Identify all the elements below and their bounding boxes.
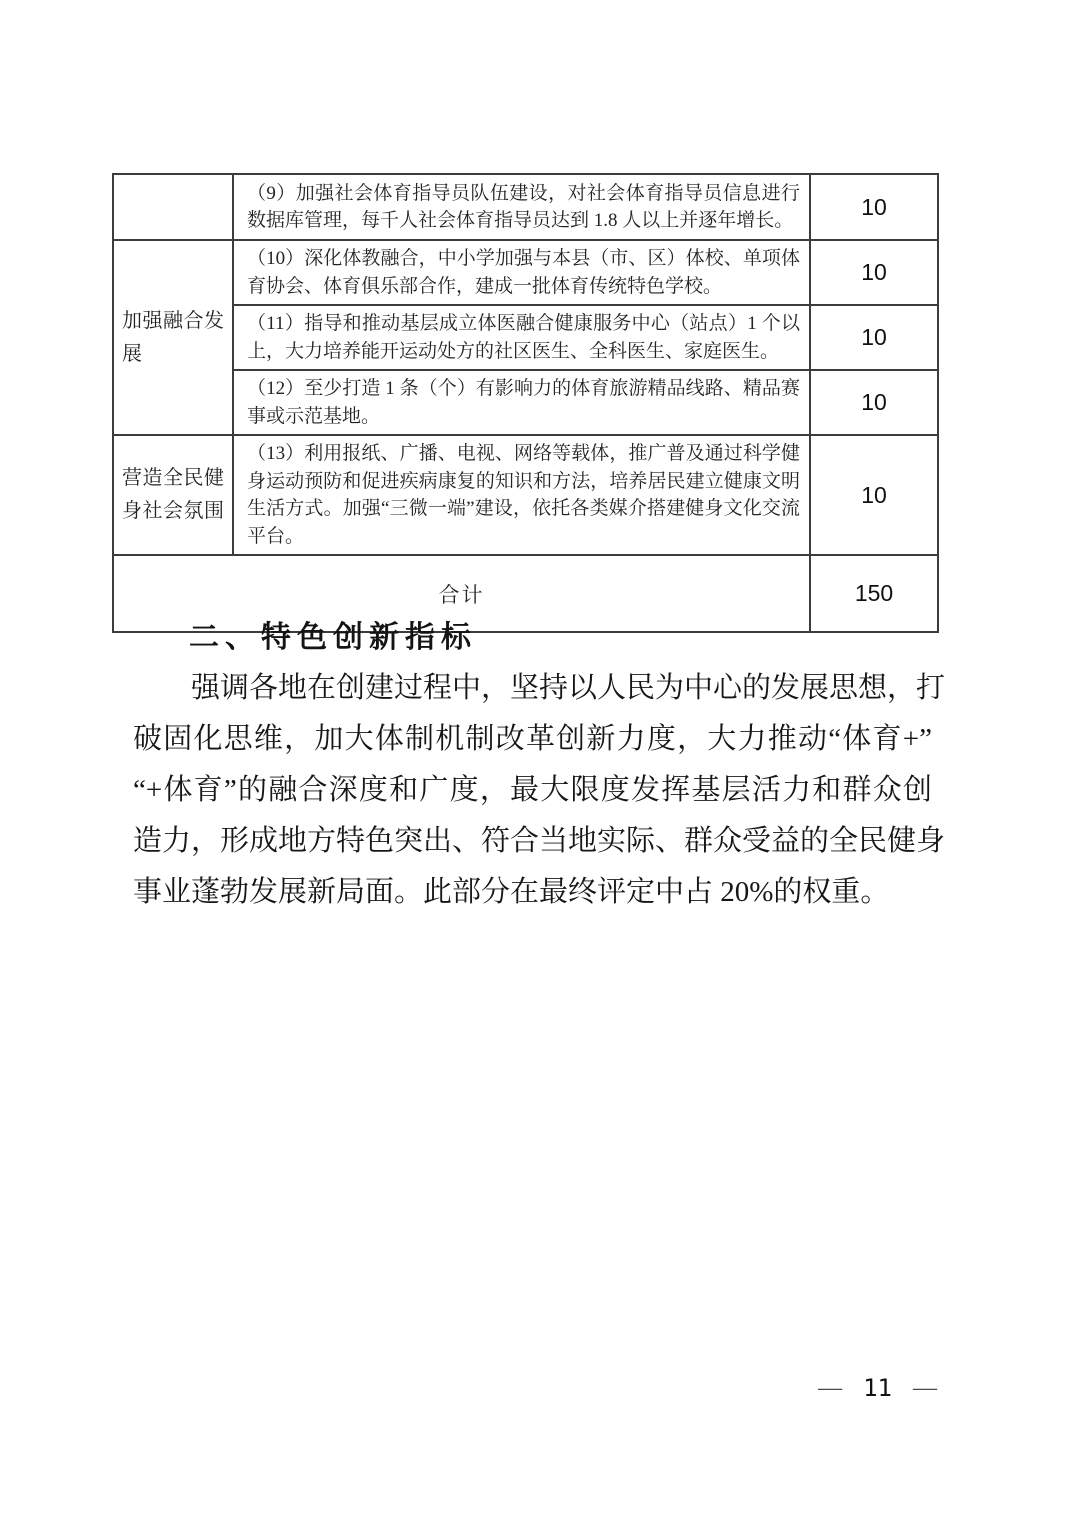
body-paragraph: 强调各地在创建过程中，坚持以人民为中心的发展思想，打 破固化思维，加大体制机制改… bbox=[133, 663, 932, 918]
paragraph-line: 造力，形成地方特色突出、符合当地实际、群众受益的全民健身 bbox=[133, 816, 932, 867]
table-row-indicator-11: （11）指导和推动基层成立体医融合健康服务中心（站点）1 个以上，大力培养能开运… bbox=[113, 305, 938, 370]
indicator-score-table: （9）加强社会体育指导员队伍建设，对社会体育指导员信息进行数据库管理，每千人社会… bbox=[112, 173, 939, 633]
total-score-cell: 150 bbox=[810, 555, 938, 632]
category-cell-integration: 加强融合发展 bbox=[113, 240, 233, 435]
footer-dash-left: — bbox=[818, 1374, 842, 1402]
indicator-12-description: （12）至少打造 1 条（个）有影响力的体育旅游精品线路、精品赛事或示范基地。 bbox=[233, 370, 810, 435]
paragraph-line: “+体育”的融合深度和广度，最大限度发挥基层活力和群众创 bbox=[133, 765, 932, 816]
indicator-13-description: （13）利用报纸、广播、电视、网络等载体，推广普及通过科学健身运动预防和促进疾病… bbox=[233, 435, 810, 555]
indicator-12-score: 10 bbox=[810, 370, 938, 435]
indicator-10-score: 10 bbox=[810, 240, 938, 305]
table-row-indicator-13: 营造全民健身社会氛围 （13）利用报纸、广播、电视、网络等载体，推广普及通过科学… bbox=[113, 435, 938, 555]
page-number: 11 bbox=[863, 1374, 892, 1402]
paragraph-line: 事业蓬勃发展新局面。此部分在最终评定中占 20%的权重。 bbox=[133, 867, 932, 918]
table-row-indicator-10: 加强融合发展 （10）深化体教融合，中小学加强与本县（市、区）体校、单项体育协会… bbox=[113, 240, 938, 305]
indicator-10-description: （10）深化体教融合，中小学加强与本县（市、区）体校、单项体育协会、体育俱乐部合… bbox=[233, 240, 810, 305]
document-page: （9）加强社会体育指导员队伍建设，对社会体育指导员信息进行数据库管理，每千人社会… bbox=[0, 0, 1074, 1520]
section-heading: 二、特色创新指标 bbox=[189, 612, 477, 656]
paragraph-line: 破固化思维，加大体制机制改革创新力度，大力推动“体育+” bbox=[133, 714, 932, 765]
table-row-indicator-9: （9）加强社会体育指导员队伍建设，对社会体育指导员信息进行数据库管理，每千人社会… bbox=[113, 174, 938, 240]
indicator-9-score: 10 bbox=[810, 174, 938, 240]
footer-dash-right: — bbox=[913, 1374, 937, 1402]
page-footer: — 11 — bbox=[818, 1374, 937, 1402]
indicator-11-score: 10 bbox=[810, 305, 938, 370]
indicator-11-description: （11）指导和推动基层成立体医融合健康服务中心（站点）1 个以上，大力培养能开运… bbox=[233, 305, 810, 370]
indicator-13-score: 10 bbox=[810, 435, 938, 555]
indicator-9-description: （9）加强社会体育指导员队伍建设，对社会体育指导员信息进行数据库管理，每千人社会… bbox=[233, 174, 810, 240]
category-cell-atmosphere: 营造全民健身社会氛围 bbox=[113, 435, 233, 555]
paragraph-line: 强调各地在创建过程中，坚持以人民为中心的发展思想，打 bbox=[133, 663, 932, 714]
table-row-indicator-12: （12）至少打造 1 条（个）有影响力的体育旅游精品线路、精品赛事或示范基地。 … bbox=[113, 370, 938, 435]
category-cell-continued bbox=[113, 174, 233, 240]
